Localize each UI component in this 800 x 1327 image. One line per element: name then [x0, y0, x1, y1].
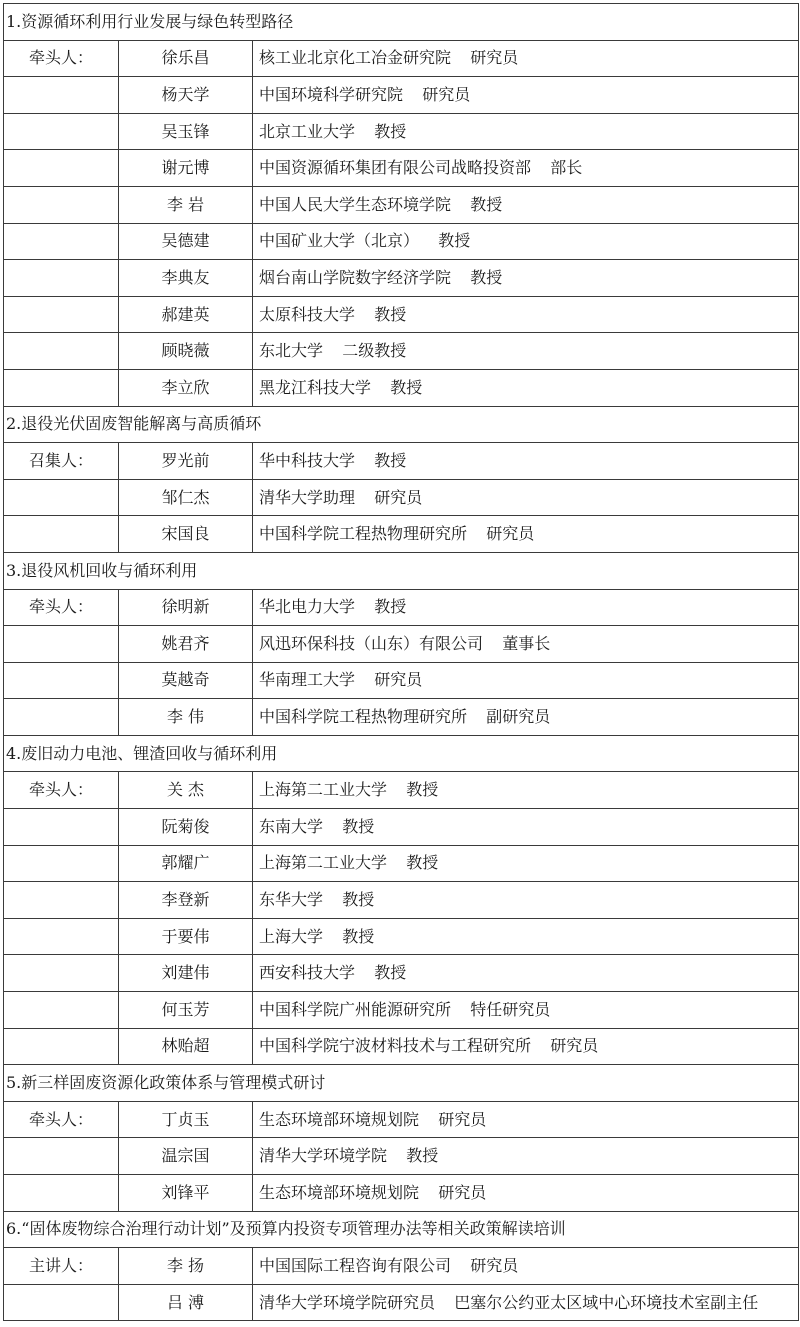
member-affiliation: 中国国际工程咨询有限公司研究员 — [253, 1248, 799, 1285]
member-title: 研究员 — [422, 85, 470, 104]
member-organization: 生态环境部环境规划院 — [259, 1183, 419, 1202]
member-row: 牵头人：徐明新华北电力大学教授 — [4, 589, 799, 626]
role-label — [4, 77, 119, 114]
role-label — [4, 662, 119, 699]
member-organization: 中国科学院广州能源研究所 — [259, 1000, 451, 1019]
member-title: 教授 — [374, 963, 406, 982]
member-organization: 上海第二工业大学 — [259, 853, 387, 872]
member-affiliation: 华南理工大学研究员 — [253, 662, 799, 699]
member-row: 李 伟中国科学院工程热物理研究所副研究员 — [4, 699, 799, 736]
member-title: 教授 — [342, 817, 374, 836]
member-organization: 华南理工大学 — [259, 670, 355, 689]
role-label — [4, 223, 119, 260]
member-organization: 太原科技大学 — [259, 305, 355, 324]
member-name: 顾晓薇 — [119, 333, 253, 370]
member-affiliation: 黑龙江科技大学教授 — [253, 369, 799, 406]
member-name: 李 伟 — [119, 699, 253, 736]
member-affiliation: 清华大学助理研究员 — [253, 479, 799, 516]
member-title: 教授 — [470, 195, 502, 214]
role-label — [4, 333, 119, 370]
role-label — [4, 992, 119, 1029]
member-row: 吴玉锋北京工业大学教授 — [4, 113, 799, 150]
member-affiliation: 风迅环保科技（山东）有限公司董事长 — [253, 626, 799, 663]
role-label: 主讲人： — [4, 1248, 119, 1285]
member-organization: 中国国际工程咨询有限公司 — [259, 1256, 451, 1275]
member-affiliation: 上海第二工业大学教授 — [253, 845, 799, 882]
member-title: 研究员 — [374, 670, 422, 689]
member-affiliation: 清华大学环境学院教授 — [253, 1138, 799, 1175]
member-title: 董事长 — [502, 634, 550, 653]
member-row: 牵头人：丁贞玉生态环境部环境规划院研究员 — [4, 1101, 799, 1138]
member-row: 林贻超中国科学院宁波材料技术与工程研究所研究员 — [4, 1028, 799, 1065]
member-name: 刘建伟 — [119, 955, 253, 992]
member-name: 罗光前 — [119, 443, 253, 480]
member-organization: 上海第二工业大学 — [259, 780, 387, 799]
role-label — [4, 809, 119, 846]
role-label: 牵头人： — [4, 772, 119, 809]
member-row: 牵头人：徐乐昌核工业北京化工冶金研究院研究员 — [4, 40, 799, 77]
member-title: 研究员 — [438, 1183, 486, 1202]
member-name: 李立欣 — [119, 369, 253, 406]
member-title: 研究员 — [470, 48, 518, 67]
member-affiliation: 中国科学院宁波材料技术与工程研究所研究员 — [253, 1028, 799, 1065]
member-organization: 西安科技大学 — [259, 963, 355, 982]
member-title: 教授 — [342, 927, 374, 946]
member-affiliation: 中国人民大学生态环境学院教授 — [253, 186, 799, 223]
member-affiliation: 生态环境部环境规划院研究员 — [253, 1101, 799, 1138]
member-row: 刘建伟西安科技大学教授 — [4, 955, 799, 992]
member-row: 于要伟上海大学教授 — [4, 918, 799, 955]
section-title: 1.资源循环利用行业发展与绿色转型路径 — [4, 4, 799, 41]
member-affiliation: 中国科学院广州能源研究所特任研究员 — [253, 992, 799, 1029]
member-title: 巴塞尔公约亚太区域中心环境技术室副主任 — [454, 1293, 758, 1312]
member-row: 李 岩中国人民大学生态环境学院教授 — [4, 186, 799, 223]
member-organization: 清华大学环境学院 — [259, 1146, 387, 1165]
section-title: 4.废旧动力电池、锂渣回收与循环利用 — [4, 735, 799, 772]
member-title: 教授 — [342, 890, 374, 909]
member-name: 郝建英 — [119, 296, 253, 333]
role-label — [4, 699, 119, 736]
member-title: 教授 — [374, 597, 406, 616]
member-affiliation: 太原科技大学教授 — [253, 296, 799, 333]
member-organization: 中国科学院工程热物理研究所 — [259, 707, 467, 726]
member-affiliation: 生态环境部环境规划院研究员 — [253, 1175, 799, 1212]
member-name: 阮菊俊 — [119, 809, 253, 846]
member-affiliation: 中国科学院工程热物理研究所副研究员 — [253, 699, 799, 736]
section-title: 3.退役风机回收与循环利用 — [4, 552, 799, 589]
member-affiliation: 上海第二工业大学教授 — [253, 772, 799, 809]
member-title: 教授 — [406, 780, 438, 799]
member-name: 莫越奇 — [119, 662, 253, 699]
member-row: 李立欣黑龙江科技大学教授 — [4, 369, 799, 406]
section-title: 5.新三样固废资源化政策体系与管理模式研讨 — [4, 1065, 799, 1102]
role-label — [4, 516, 119, 553]
member-name: 丁贞玉 — [119, 1101, 253, 1138]
member-row: 顾晓薇东北大学二级教授 — [4, 333, 799, 370]
expert-roster-table: 1.资源循环利用行业发展与绿色转型路径牵头人：徐乐昌核工业北京化工冶金研究院研究… — [3, 3, 799, 1321]
member-title: 研究员 — [470, 1256, 518, 1275]
member-title: 部长 — [550, 158, 582, 177]
member-name: 李 扬 — [119, 1248, 253, 1285]
member-name: 郭耀广 — [119, 845, 253, 882]
section-header-row: 1.资源循环利用行业发展与绿色转型路径 — [4, 4, 799, 41]
member-organization: 东北大学 — [259, 341, 323, 360]
member-organization: 上海大学 — [259, 927, 323, 946]
member-name: 李 岩 — [119, 186, 253, 223]
member-title: 教授 — [374, 122, 406, 141]
role-label — [4, 296, 119, 333]
member-affiliation: 东北大学二级教授 — [253, 333, 799, 370]
member-row: 邹仁杰清华大学助理研究员 — [4, 479, 799, 516]
member-title: 研究员 — [438, 1110, 486, 1129]
member-name: 徐明新 — [119, 589, 253, 626]
member-row: 郝建英太原科技大学教授 — [4, 296, 799, 333]
member-affiliation: 东南大学教授 — [253, 809, 799, 846]
member-name: 吴德建 — [119, 223, 253, 260]
role-label: 召集人： — [4, 443, 119, 480]
role-label — [4, 260, 119, 297]
role-label: 牵头人： — [4, 1101, 119, 1138]
member-affiliation: 清华大学环境学院研究员巴塞尔公约亚太区域中心环境技术室副主任 — [253, 1284, 799, 1321]
section-header-row: 4.废旧动力电池、锂渣回收与循环利用 — [4, 735, 799, 772]
member-row: 莫越奇华南理工大学研究员 — [4, 662, 799, 699]
member-title: 特任研究员 — [470, 1000, 550, 1019]
member-row: 李典友烟台南山学院数字经济学院教授 — [4, 260, 799, 297]
member-affiliation: 北京工业大学教授 — [253, 113, 799, 150]
member-row: 何玉芳中国科学院广州能源研究所特任研究员 — [4, 992, 799, 1029]
member-name: 吴玉锋 — [119, 113, 253, 150]
member-name: 温宗国 — [119, 1138, 253, 1175]
member-title: 教授 — [374, 305, 406, 324]
member-affiliation: 核工业北京化工冶金研究院研究员 — [253, 40, 799, 77]
role-label — [4, 1028, 119, 1065]
member-organization: 东华大学 — [259, 890, 323, 909]
member-title: 教授 — [390, 378, 422, 397]
member-row: 温宗国清华大学环境学院教授 — [4, 1138, 799, 1175]
section-header-row: 2.退役光伏固废智能解离与高质循环 — [4, 406, 799, 443]
role-label — [4, 1138, 119, 1175]
member-affiliation: 中国环境科学研究院研究员 — [253, 77, 799, 114]
member-title: 教授 — [406, 853, 438, 872]
member-row: 谢元博中国资源循环集团有限公司战略投资部部长 — [4, 150, 799, 187]
member-organization: 清华大学助理 — [259, 488, 355, 507]
member-organization: 中国环境科学研究院 — [259, 85, 403, 104]
member-row: 宋国良中国科学院工程热物理研究所研究员 — [4, 516, 799, 553]
member-title: 教授 — [374, 451, 406, 470]
member-organization: 清华大学环境学院研究员 — [259, 1293, 435, 1312]
role-label — [4, 150, 119, 187]
role-label: 牵头人： — [4, 40, 119, 77]
member-title: 教授 — [438, 231, 470, 250]
member-organization: 生态环境部环境规划院 — [259, 1110, 419, 1129]
section-header-row: 3.退役风机回收与循环利用 — [4, 552, 799, 589]
role-label — [4, 1284, 119, 1321]
member-row: 杨天学中国环境科学研究院研究员 — [4, 77, 799, 114]
member-row: 吕 溥清华大学环境学院研究员巴塞尔公约亚太区域中心环境技术室副主任 — [4, 1284, 799, 1321]
member-title: 教授 — [470, 268, 502, 287]
member-affiliation: 中国科学院工程热物理研究所研究员 — [253, 516, 799, 553]
member-affiliation: 西安科技大学教授 — [253, 955, 799, 992]
member-name: 刘锋平 — [119, 1175, 253, 1212]
member-name: 杨天学 — [119, 77, 253, 114]
member-organization: 烟台南山学院数字经济学院 — [259, 268, 451, 287]
member-name: 关 杰 — [119, 772, 253, 809]
member-row: 阮菊俊东南大学教授 — [4, 809, 799, 846]
role-label — [4, 369, 119, 406]
member-organization: 风迅环保科技（山东）有限公司 — [259, 634, 483, 653]
role-label — [4, 113, 119, 150]
member-row: 吴德建中国矿业大学（北京）教授 — [4, 223, 799, 260]
member-organization: 华北电力大学 — [259, 597, 355, 616]
member-organization: 核工业北京化工冶金研究院 — [259, 48, 451, 67]
member-affiliation: 华北电力大学教授 — [253, 589, 799, 626]
member-organization: 中国科学院宁波材料技术与工程研究所 — [259, 1036, 531, 1055]
member-title: 副研究员 — [486, 707, 550, 726]
member-affiliation: 中国资源循环集团有限公司战略投资部部长 — [253, 150, 799, 187]
member-name: 姚君齐 — [119, 626, 253, 663]
member-name: 徐乐昌 — [119, 40, 253, 77]
role-label — [4, 479, 119, 516]
member-name: 李典友 — [119, 260, 253, 297]
section-title: 6.“固体废物综合治理行动计划”及预算内投资专项管理办法等相关政策解读培训 — [4, 1211, 799, 1248]
role-label — [4, 882, 119, 919]
member-name: 李登新 — [119, 882, 253, 919]
member-organization: 中国资源循环集团有限公司战略投资部 — [259, 158, 531, 177]
member-row: 李登新东华大学教授 — [4, 882, 799, 919]
member-organization: 中国科学院工程热物理研究所 — [259, 524, 467, 543]
member-title: 二级教授 — [342, 341, 406, 360]
member-name: 于要伟 — [119, 918, 253, 955]
member-name: 谢元博 — [119, 150, 253, 187]
section-title: 2.退役光伏固废智能解离与高质循环 — [4, 406, 799, 443]
role-label — [4, 186, 119, 223]
member-title: 研究员 — [374, 488, 422, 507]
member-organization: 东南大学 — [259, 817, 323, 836]
section-header-row: 5.新三样固废资源化政策体系与管理模式研讨 — [4, 1065, 799, 1102]
roster-body: 1.资源循环利用行业发展与绿色转型路径牵头人：徐乐昌核工业北京化工冶金研究院研究… — [4, 4, 799, 1321]
member-name: 林贻超 — [119, 1028, 253, 1065]
role-label — [4, 845, 119, 882]
member-affiliation: 烟台南山学院数字经济学院教授 — [253, 260, 799, 297]
member-name: 何玉芳 — [119, 992, 253, 1029]
role-label: 牵头人： — [4, 589, 119, 626]
member-organization: 中国人民大学生态环境学院 — [259, 195, 451, 214]
member-row: 主讲人：李 扬中国国际工程咨询有限公司研究员 — [4, 1248, 799, 1285]
member-row: 刘锋平生态环境部环境规划院研究员 — [4, 1175, 799, 1212]
member-row: 牵头人：关 杰上海第二工业大学教授 — [4, 772, 799, 809]
role-label — [4, 1175, 119, 1212]
member-affiliation: 华中科技大学教授 — [253, 443, 799, 480]
member-affiliation: 东华大学教授 — [253, 882, 799, 919]
member-row: 郭耀广上海第二工业大学教授 — [4, 845, 799, 882]
member-title: 研究员 — [486, 524, 534, 543]
member-organization: 黑龙江科技大学 — [259, 378, 371, 397]
member-row: 姚君齐风迅环保科技（山东）有限公司董事长 — [4, 626, 799, 663]
member-name: 宋国良 — [119, 516, 253, 553]
member-affiliation: 中国矿业大学（北京）教授 — [253, 223, 799, 260]
role-label — [4, 918, 119, 955]
member-name: 邹仁杰 — [119, 479, 253, 516]
member-affiliation: 上海大学教授 — [253, 918, 799, 955]
member-organization: 华中科技大学 — [259, 451, 355, 470]
section-header-row: 6.“固体废物综合治理行动计划”及预算内投资专项管理办法等相关政策解读培训 — [4, 1211, 799, 1248]
member-organization: 北京工业大学 — [259, 122, 355, 141]
member-title: 教授 — [406, 1146, 438, 1165]
member-row: 召集人：罗光前华中科技大学教授 — [4, 443, 799, 480]
role-label — [4, 955, 119, 992]
member-organization: 中国矿业大学（北京） — [259, 231, 419, 250]
member-title: 研究员 — [550, 1036, 598, 1055]
role-label — [4, 626, 119, 663]
member-name: 吕 溥 — [119, 1284, 253, 1321]
